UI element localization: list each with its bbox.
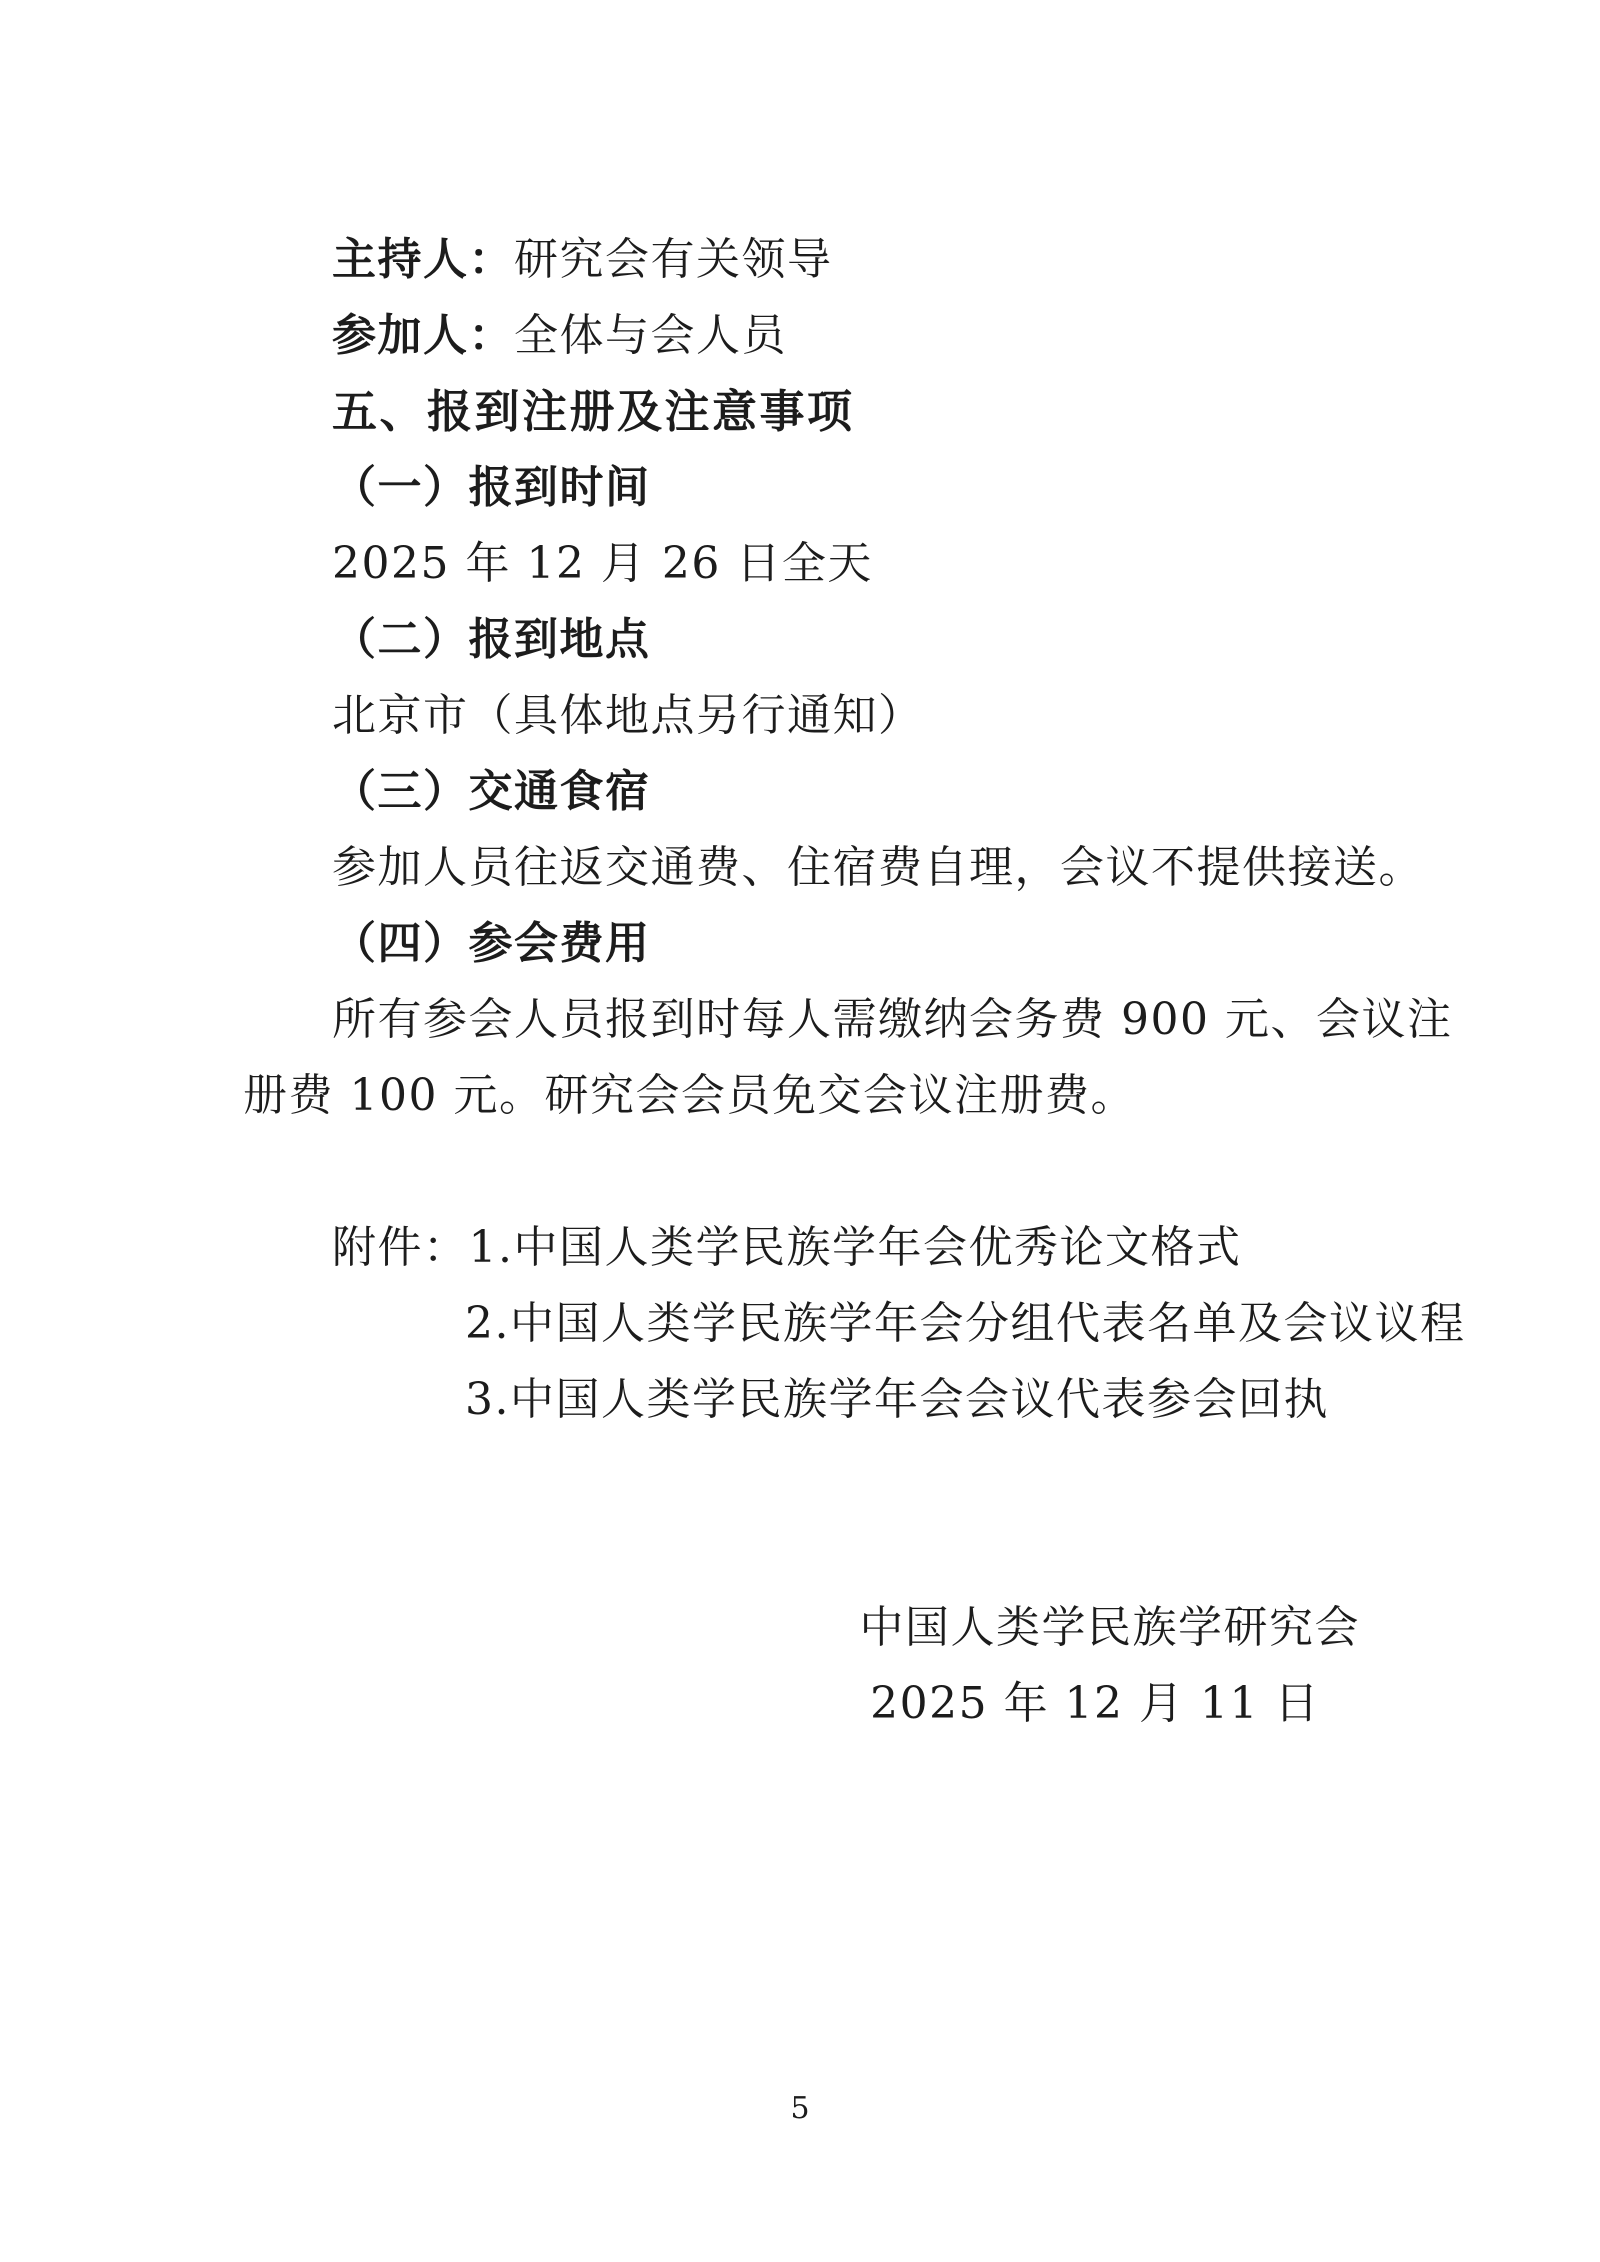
spacer-line <box>243 1514 1360 1590</box>
checkin-time-heading: （一）报到时间 <box>243 450 1360 526</box>
document-body: 主持人：研究会有关领导 参加人：全体与会人员 五、报到注册及注意事项 （一）报到… <box>243 222 1360 1742</box>
signature-organization: 中国人类学民族学研究会 <box>243 1590 1360 1666</box>
spacer-line <box>243 1438 1360 1514</box>
host-label: 主持人： <box>332 234 514 285</box>
document-page: 主持人：研究会有关领导 参加人：全体与会人员 五、报到注册及注意事项 （一）报到… <box>0 0 1600 2262</box>
fee-paragraph-line-1: 所有参会人员报到时每人需缴纳会务费 900 元、会议注 <box>243 982 1360 1058</box>
transport-value: 参加人员往返交通费、住宿费自理，会议不提供接送。 <box>243 830 1360 906</box>
host-value: 研究会有关领导 <box>514 234 833 285</box>
host-line: 主持人：研究会有关领导 <box>243 222 1360 298</box>
attachment-item-3: 3.中国人类学民族学年会会议代表参会回执 <box>243 1362 1360 1438</box>
page-number: 5 <box>790 2091 809 2126</box>
attachment-item-1: 1.中国人类学民族学年会优秀论文格式 <box>469 1222 1242 1273</box>
checkin-place-heading: （二）报到地点 <box>243 602 1360 678</box>
participants-value: 全体与会人员 <box>514 310 787 361</box>
participants-line: 参加人：全体与会人员 <box>243 298 1360 374</box>
fee-heading: （四）参会费用 <box>243 906 1360 982</box>
attachment-item-2: 2.中国人类学民族学年会分组代表名单及会议议程 <box>243 1286 1360 1362</box>
transport-heading: （三）交通食宿 <box>243 754 1360 830</box>
attachments-label: 附件： <box>332 1222 469 1273</box>
fee-paragraph-line-2: 册费 100 元。研究会会员免交会议注册费。 <box>243 1058 1360 1134</box>
spacer-line <box>243 1134 1360 1210</box>
attachments-line: 附件：1.中国人类学民族学年会优秀论文格式 <box>243 1210 1360 1286</box>
checkin-place-value: 北京市（具体地点另行通知） <box>243 678 1360 754</box>
checkin-time-value: 2025 年 12 月 26 日全天 <box>243 526 1360 602</box>
page-footer: 5 <box>0 2092 1600 2126</box>
participants-label: 参加人： <box>332 310 514 361</box>
section-heading: 五、报到注册及注意事项 <box>243 374 1360 450</box>
signature-date: 2025 年 12 月 11 日 <box>243 1666 1360 1742</box>
